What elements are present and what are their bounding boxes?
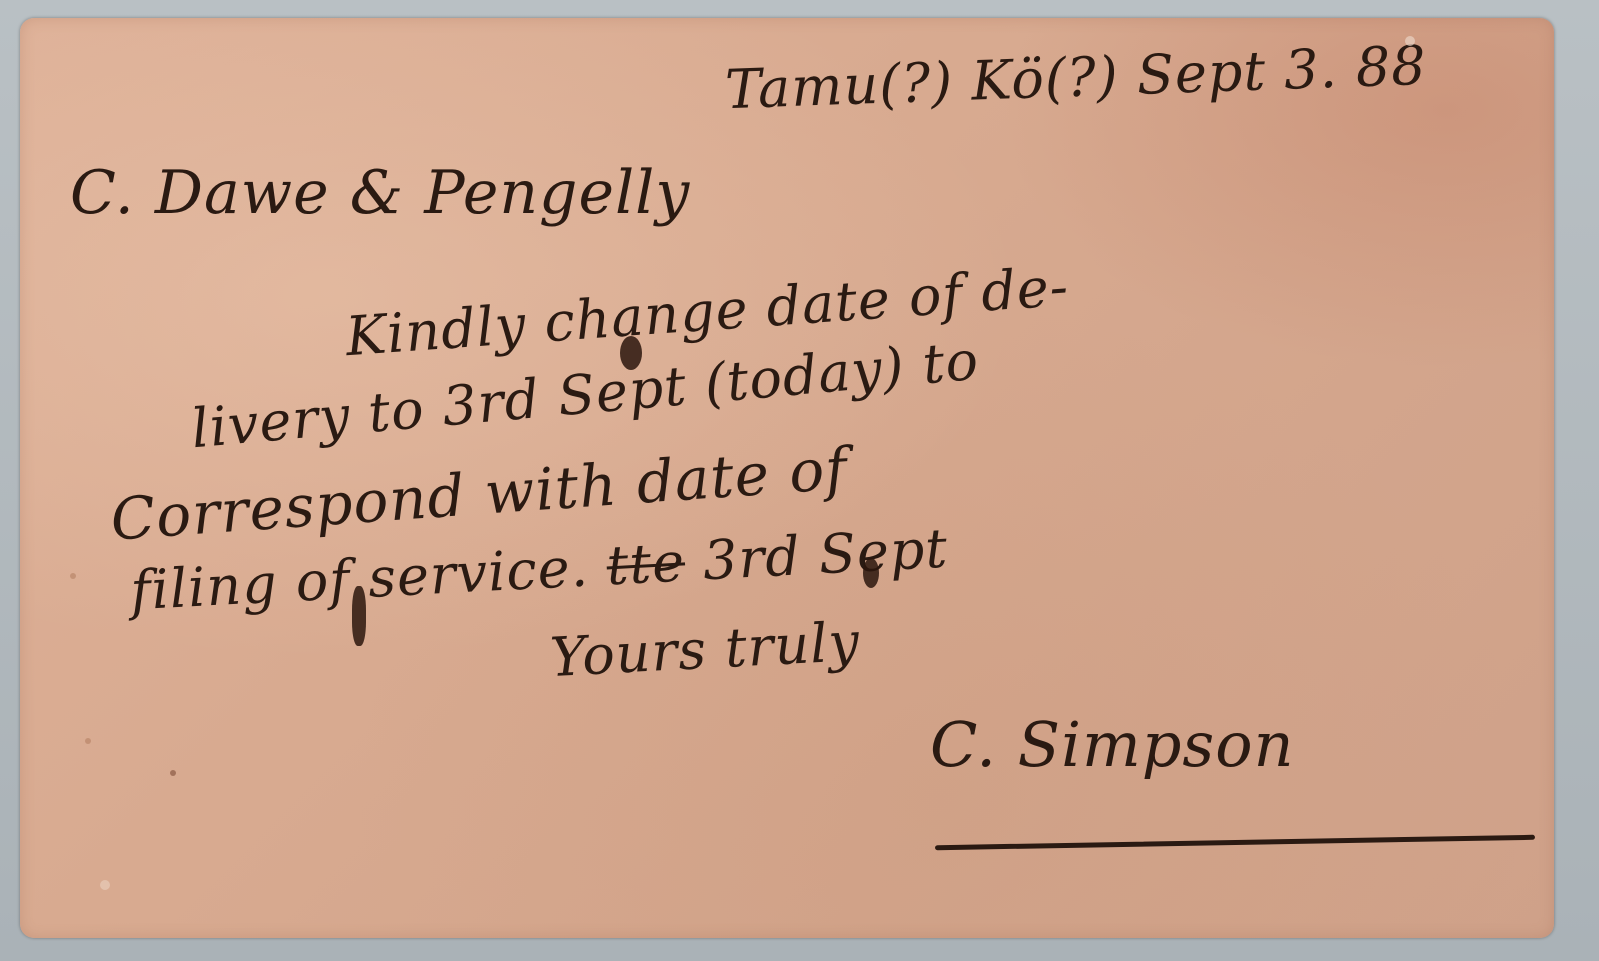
body-line-4-date: 3rd Sept [683,517,949,594]
ink-blot [620,336,642,370]
ink-blot [863,558,879,588]
struck-out-word: tte [605,530,687,597]
paper-speck [100,880,110,890]
signature-underline [935,835,1535,850]
paper-speck [85,738,91,744]
paper-speck [70,573,76,579]
closing: Yours truly [549,610,862,689]
paper-speck [170,770,176,776]
signature: C. Simpson [930,708,1295,781]
body-line-4-text: filing of service. [129,535,608,623]
ink-blot [352,586,366,646]
postcard: Tamu(?) Kö(?) Sept 3. 88 C. Dawe & Penge… [20,18,1554,938]
dateline: Tamu(?) Kö(?) Sept 3. 88 [724,34,1427,121]
salutation: C. Dawe & Pengelly [70,158,690,228]
paper-speck [1405,36,1415,46]
